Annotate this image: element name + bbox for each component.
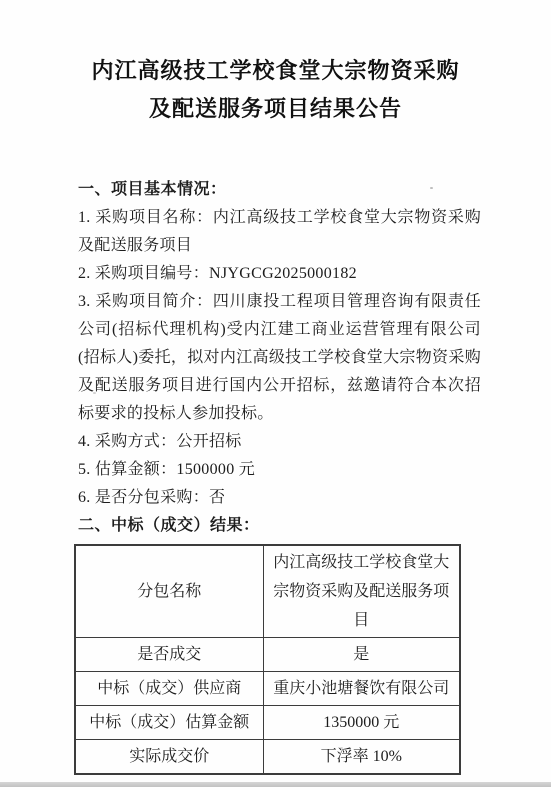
- scan-page-edge: [0, 782, 551, 787]
- scan-speck: [340, 747, 343, 749]
- cell-label-actual-price: 实际成交价: [75, 740, 263, 775]
- section2-heading: 二、中标（成交）结果：: [78, 512, 481, 540]
- document-body: 一、项目基本情况： 1. 采购项目名称：内江高级技工学校食堂大宗物资采购及配送服…: [78, 176, 481, 775]
- cell-label-award-amount: 中标（成交）估算金额: [75, 706, 263, 740]
- scan-speck: [430, 187, 433, 189]
- cell-label-supplier: 中标（成交）供应商: [75, 672, 263, 706]
- cell-value-supplier: 重庆小池塘餐饮有限公司: [263, 672, 460, 706]
- table-row-supplier: 中标（成交）供应商 重庆小池塘餐饮有限公司: [75, 672, 460, 706]
- cell-value-deal-made: 是: [263, 638, 460, 672]
- cell-value-package-name: 内江高级技工学校食堂大宗物资采购及配送服务项目: [263, 545, 460, 638]
- table-row-deal-made: 是否成交 是: [75, 638, 460, 672]
- item-estimated-amount: 5. 估算金额：1500000 元: [78, 456, 481, 484]
- document-page: 内江高级技工学校食堂大宗物资采购 及配送服务项目结果公告 一、项目基本情况： 1…: [0, 0, 551, 787]
- item-project-name: 1. 采购项目名称：内江高级技工学校食堂大宗物资采购及配送服务项目: [78, 204, 481, 260]
- table-row-package-name: 分包名称 内江高级技工学校食堂大宗物资采购及配送服务项目: [75, 545, 460, 638]
- item-project-brief: 3. 采购项目简介：四川康投工程项目管理咨询有限责任公司(招标代理机构)受内江建…: [78, 288, 481, 428]
- scan-speck: [93, 392, 96, 394]
- section1-heading: 一、项目基本情况：: [78, 176, 481, 204]
- cell-value-award-amount: 1350000 元: [263, 706, 460, 740]
- cell-value-actual-price: 下浮率 10%: [263, 740, 460, 775]
- cell-label-package-name: 分包名称: [75, 545, 263, 638]
- title-line-1: 内江高级技工学校食堂大宗物资采购: [91, 58, 459, 83]
- document-title: 内江高级技工学校食堂大宗物资采购 及配送服务项目结果公告: [0, 0, 551, 128]
- table-row-actual-price: 实际成交价 下浮率 10%: [75, 740, 460, 775]
- cell-label-deal-made: 是否成交: [75, 638, 263, 672]
- title-line-2: 及配送服务项目结果公告: [149, 96, 402, 121]
- table-row-award-amount: 中标（成交）估算金额 1350000 元: [75, 706, 460, 740]
- item-subpackage: 6. 是否分包采购：否: [78, 484, 481, 512]
- result-table: 分包名称 内江高级技工学校食堂大宗物资采购及配送服务项目 是否成交 是 中标（成…: [74, 544, 461, 775]
- item-procurement-method: 4. 采购方式：公开招标: [78, 428, 481, 456]
- item-project-number: 2. 采购项目编号：NJYGCG2025000182: [78, 260, 481, 288]
